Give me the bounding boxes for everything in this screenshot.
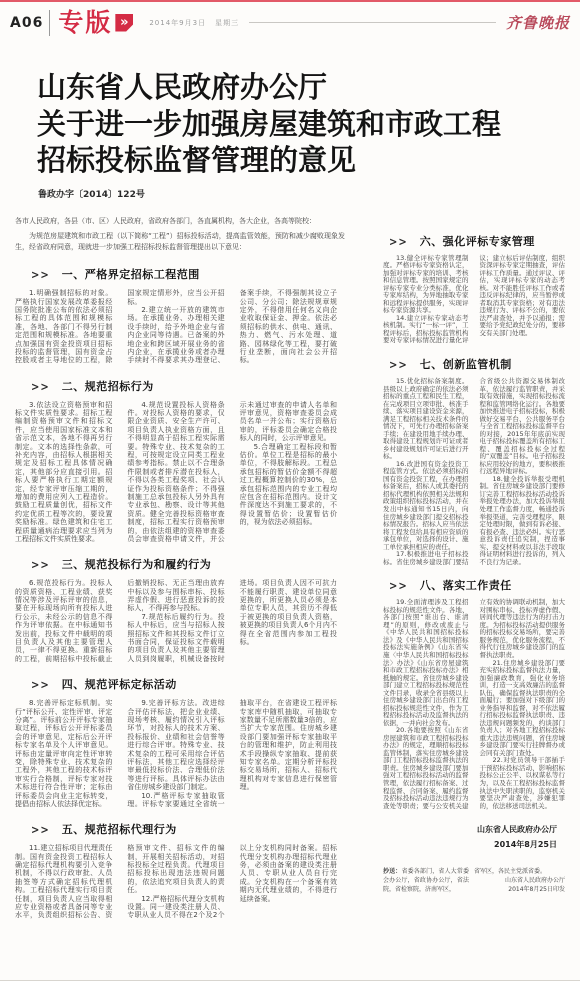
section-3: >>三、规范投标行为和履约行为6.规范投标行为。投标人的资质资格、工程业绩、获奖…	[15, 556, 337, 663]
section-body: 19.全面清理涉及工程招标投标的规范性文件。各地、各部门按照“谁出台、谁清理”的…	[383, 599, 565, 810]
section-body: 13.健全评标专家管理制度。严格评标专家资格认定，加强对评标专家的培训、考核和信…	[383, 255, 565, 345]
section-title: 七、创新监管机制	[420, 356, 512, 372]
section-paragraph: 16.改进国有资金投资工程监管方式。依法必须招标的国有资金投资工程，在办理招标备…	[383, 461, 469, 551]
section-paragraph: 13.健全评标专家管理制度。严格评标专家资格认定，加强对评标专家的培训、考核和信…	[383, 255, 469, 315]
section-body: 15.优化招标备案制度。县级以上政府确定的依法必须招标的重点工程和民生工程，在完…	[383, 378, 565, 566]
section-3: >>八、落实工作责任19.全面清理涉及工程招标投标的规范性文件。各地、各部门按照…	[383, 577, 565, 810]
section-paragraph: 9.完善评标方法。改进综合评估评标法，把企业业绩、现场考核、履约情况引入评标环节…	[127, 699, 224, 791]
section-marker-icon: >>	[389, 236, 408, 249]
section-header: >>二、规范招标行为	[15, 378, 337, 394]
intro-block: 各市人民政府，各县（市、区）人民政府，省政府各部门，各直属机构，各大企业，各高等…	[15, 216, 345, 254]
signature-block: 山东省人民政府办公厅 2014年8月25日	[383, 822, 565, 852]
left-sections: >>一、严格界定招标工程范围1.明确强制招标的对象。严格执行国家发展改革委报经国…	[15, 266, 337, 920]
title-line-1: 山东省人民政府办公厅	[37, 69, 565, 106]
cc-note-left: 抄送：省委各部门，省人大常委会办公厅，省政协办公厅，省法院，省检察院，济南军区，	[383, 867, 474, 894]
page-number: A06	[10, 15, 43, 31]
title-line-3: 招标投标监督管理的意见	[37, 142, 565, 179]
cc-note: 抄送：省委各部门，省人大常委会办公厅，省政协办公厅，省法院，省检察院，济南军区，…	[383, 867, 565, 894]
masthead-logo: 齐鲁晚报	[506, 12, 570, 33]
cc-issuer: 山东省人民政府办公厅	[474, 876, 565, 885]
section-title: 一、严格界定招标工程范围	[62, 266, 200, 282]
section-body: 8.完善评标定标机制。实行“评标公开、定性评审、评定分离”。评标前公开评标专家抽…	[15, 699, 337, 808]
body-regions: 各市人民政府，各县（市、区）人民政府，省政府各部门，各直属机构，各大企业，各高等…	[15, 216, 565, 920]
right-region: >>六、强化评标专家管理13.健全评标专家管理制度。严格评标专家资格认定，加强对…	[383, 216, 565, 920]
header-divider	[49, 10, 50, 36]
section-paragraph: 5.合理确定工程标段和暂估价。单位工程是招标的最小单位，不得肢解标段。工程总承包…	[240, 443, 337, 527]
section-title: 六、强化评标专家管理	[420, 233, 535, 249]
section-title: 四、规范评标定标活动	[62, 676, 177, 692]
right-sections: >>六、强化评标专家管理13.健全评标专家管理制度。严格评标专家资格认定，加强对…	[383, 233, 565, 811]
document-title: 山东省人民政府办公厅 关于进一步加强房屋建筑和市政工程 招标投标监督管理的意见	[37, 69, 565, 179]
section-5: >>五、规范招标代理行为11.建立招标项目代理责任制。国有资金投资工程招标人确定…	[15, 821, 337, 920]
section-body: 3.依法设立资格预审和招标文件实质性要求。招标工程编制资格预审文件和招标文件，应…	[15, 401, 337, 544]
cc-label: 抄送：	[383, 868, 401, 875]
section-paragraph: 19.全面清理涉及工程招标投标的规范性文件。各地、各部门按照“谁出台、谁清理”的…	[383, 599, 469, 727]
intro-salutation: 各市人民政府，各县（市、区）人民政府，省政府各部门，各直属机构，各大企业，各高等…	[15, 216, 345, 227]
section-header: >>四、规范评标定标活动	[15, 676, 337, 692]
section-1: >>一、严格界定招标工程范围1.明确强制招标的对象。严格执行国家发展改革委报经国…	[15, 266, 337, 365]
header-date: 2014年9月3日	[149, 18, 206, 28]
section-marker-icon: >>	[31, 269, 50, 282]
page-content: 山东省人民政府办公厅 关于进一步加强房屋建筑和市政工程 招标投标监督管理的意见 …	[0, 69, 580, 920]
section-paragraph: 18.健全投诉举报受理机制。省住房城乡建设部门要修订完善工程招标投标活动投诉举报…	[480, 476, 566, 566]
edition-label: 专版	[58, 10, 112, 35]
cc-note-right: 省军区，各民主党派省委。 山东省人民政府办公厅 2014年8月25日印发	[474, 867, 565, 894]
cc-print-date: 2014年8月25日印发	[474, 885, 565, 894]
section-marker-icon: >>	[31, 824, 50, 837]
page-header: A06 专版 » 2014年9月3日 星期三 齐鲁晚报	[0, 2, 580, 42]
document-number: 鲁政办字〔2014〕122号	[38, 187, 565, 200]
section-header: >>六、强化评标专家管理	[383, 233, 565, 249]
section-marker-icon: >>	[389, 580, 408, 593]
left-region: 各市人民政府，各县（市、区）人民政府，省政府各部门，各直属机构，各大企业，各高等…	[15, 216, 337, 920]
section-paragraph: 21.住房城乡建设部门要充实招标投标监督执法力量，加强廉政教育，强化业务培训，打…	[480, 660, 566, 758]
signature-date: 2014年8月25日	[383, 837, 557, 852]
section-body: 11.建立招标项目代理责任制。国有资金投资工程招标人确定招标代理机构要引入竞争机…	[15, 844, 337, 920]
section-1: >>六、强化评标专家管理13.健全评标专家管理制度。严格评标专家资格认定，加强对…	[383, 233, 565, 345]
cc-list-right: 省军区，各民主党派省委。	[474, 867, 565, 876]
section-header: >>七、创新监管机制	[383, 356, 565, 372]
section-marker-icon: >>	[389, 359, 408, 372]
intro-paragraph: 为规范房屋建筑和市政工程（以下简称“工程”）招标投标活动，提高监管效能，预防和减…	[15, 231, 345, 253]
section-marker-icon: >>	[31, 381, 50, 394]
section-paragraph: 3.依法设立资格预审和招标文件实质性要求。招标工程编制资格预审文件和招标文件，应…	[15, 401, 112, 544]
section-paragraph: 22.对党员领导干部插手干预招标投标活动、影响招标投标公正公平、以权谋私等行为，…	[480, 757, 566, 810]
section-title: 二、规范招标行为	[62, 378, 154, 394]
section-header: >>八、落实工作责任	[383, 577, 565, 593]
section-title: 三、规范投标行为和履约行为	[62, 556, 212, 572]
section-4: >>四、规范评标定标活动8.完善评标定标机制。实行“评标公开、定性评审、评定分离…	[15, 676, 337, 808]
signature-issuer: 山东省人民政府办公厅	[383, 822, 557, 837]
section-paragraph: 8.完善评标定标机制。实行“评标公开、定性评审、评定分离”。评标前公开评标专家抽…	[15, 699, 112, 808]
section-header: >>三、规范投标行为和履约行为	[15, 556, 337, 572]
section-2: >>七、创新监管机制15.优化招标备案制度。县级以上政府确定的依法必须招标的重点…	[383, 356, 565, 566]
title-line-2: 关于进一步加强房屋建筑和市政工程	[37, 106, 565, 143]
section-paragraph: 15.优化招标备案制度。县级以上政府确定的依法必须招标的重点工程和民生工程，在完…	[383, 378, 469, 461]
section-title: 五、规范招标代理行为	[62, 821, 177, 837]
section-body: 1.明确强制招标的对象。严格执行国家发展改革委报经国务院批准公布的依法必须招标工…	[15, 289, 337, 365]
chevron-badge-icon: »	[115, 14, 133, 32]
section-header: >>五、规范招标代理行为	[15, 821, 337, 837]
header-rule	[249, 22, 496, 23]
section-header: >>一、严格界定招标工程范围	[15, 266, 337, 282]
section-marker-icon: >>	[31, 679, 50, 692]
section-2: >>二、规范招标行为3.依法设立资格预审和招标文件实质性要求。招标工程编制资格预…	[15, 378, 337, 544]
header-weekday: 星期三	[215, 18, 239, 28]
section-marker-icon: >>	[31, 559, 50, 572]
section-body: 6.规范投标行为。投标人的资质资格、工程业绩、获奖情况等涉及评标评审的信息，要在…	[15, 579, 337, 663]
section-title: 八、落实工作责任	[420, 577, 512, 593]
newspaper-page: A06 专版 » 2014年9月3日 星期三 齐鲁晚报 山东省人民政府办公厅 关…	[0, 0, 580, 981]
